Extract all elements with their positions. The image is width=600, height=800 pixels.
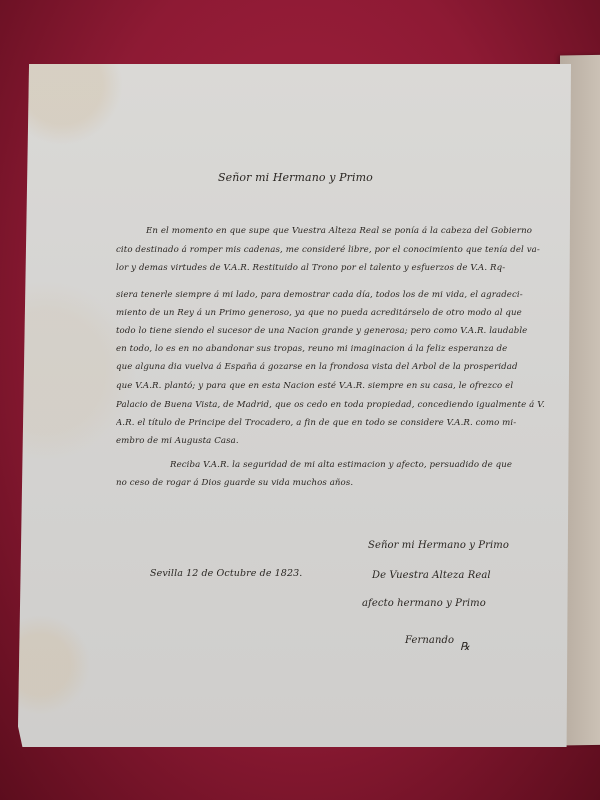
body-line: miento de un Rey á un Primo generoso, ya…	[116, 308, 568, 318]
body-line: que alguna dia vuelva á España á gozarse…	[116, 362, 568, 372]
body-line: A.R. el título de Principe del Trocadero…	[116, 418, 568, 428]
body-line: todo lo tiene siendo el sucesor de una N…	[116, 326, 568, 336]
closing-line: Reciba V.A.R. la seguridad de mi alta es…	[170, 460, 566, 470]
valediction-line: afecto hermano y Primo	[362, 598, 486, 609]
place-date: Sevilla 12 de Octubre de 1823.	[150, 568, 302, 579]
body-line: que V.A.R. plantó; y para que en esta Na…	[116, 381, 568, 391]
body-line: lor y demas virtudes de V.A.R. Restituid…	[116, 263, 568, 273]
valediction-line: Señor mi Hermano y Primo	[368, 540, 509, 551]
closing-line: no ceso de rogar á Dios guarde su vida m…	[116, 478, 568, 488]
body-line: Palacio de Buena Vista, de Madrid, que o…	[116, 400, 568, 410]
body-line: En el momento en que supe que Vuestra Al…	[146, 226, 566, 236]
body-line: en todo, lo es en no abandonar sus tropa…	[116, 344, 568, 354]
signature: Fernando	[405, 635, 454, 646]
body-line: cito destinado á romper mis cadenas, me …	[116, 245, 568, 255]
valediction-line: De Vuestra Alteza Real	[372, 570, 491, 581]
letter-salutation: Señor mi Hermano y Primo	[218, 171, 373, 184]
body-line: siera tenerle siempre á mi lado, para de…	[116, 290, 568, 300]
body-line: embro de mi Augusta Casa.	[116, 436, 568, 446]
rubric-flourish: ℞	[460, 640, 470, 653]
